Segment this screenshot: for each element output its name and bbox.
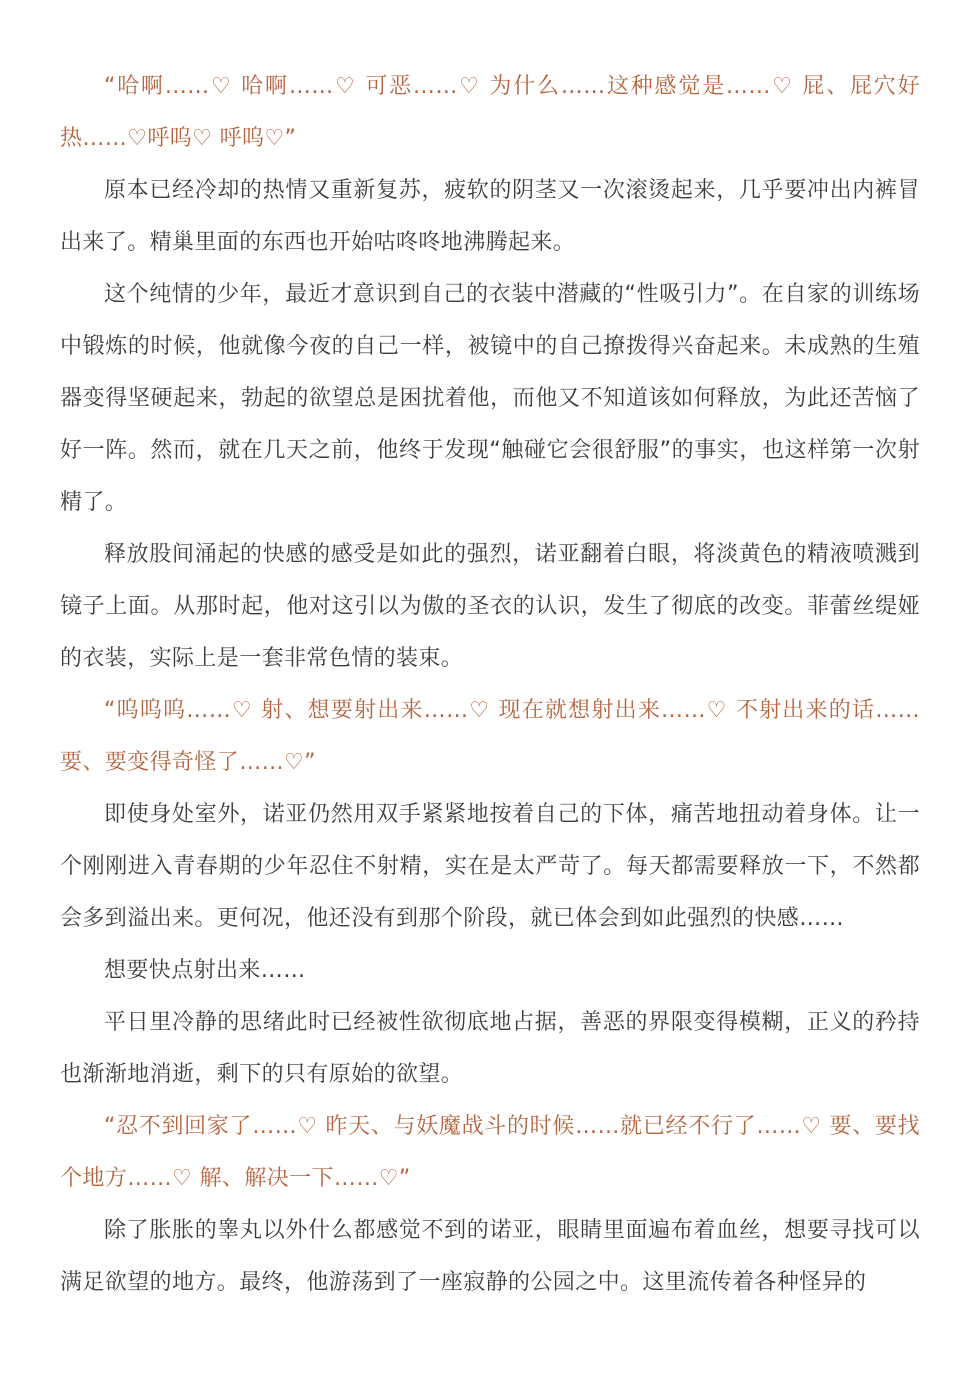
narration-paragraph: 即使身处室外，诺亚仍然用双手紧紧地按着自己的下体，痛苦地扭动着身体。让一个刚刚进…: [60, 789, 920, 945]
narration-paragraph: 想要快点射出来……: [60, 945, 920, 997]
dialogue-paragraph: “呜呜呜……♡ 射、想要射出来……♡ 现在就想射出来……♡ 不射出来的话……要、…: [60, 685, 920, 789]
narration-paragraph: 释放股间涌起的快感的感受是如此的强烈，诺亚翻着白眼，将淡黄色的精液喷溅到镜子上面…: [60, 529, 920, 685]
narration-paragraph: 原本已经冷却的热情又重新复苏，疲软的阴茎又一次滚烫起来，几乎要冲出内裤冒出来了。…: [60, 165, 920, 269]
narration-paragraph: 这个纯情的少年，最近才意识到自己的衣装中潜藏的“性吸引力”。在自家的训练场中锻炼…: [60, 269, 920, 529]
reader-page: “哈啊……♡ 哈啊……♡ 可恶……♡ 为什么……这种感觉是……♡ 屁、屁穴好热……: [0, 0, 980, 1385]
novel-text-body: “哈啊……♡ 哈啊……♡ 可恶……♡ 为什么……这种感觉是……♡ 屁、屁穴好热……: [60, 61, 920, 1309]
dialogue-paragraph: “哈啊……♡ 哈啊……♡ 可恶……♡ 为什么……这种感觉是……♡ 屁、屁穴好热……: [60, 61, 920, 165]
dialogue-paragraph: “忍不到回家了……♡ 昨天、与妖魔战斗的时候……就已经不行了……♡ 要、要找个地…: [60, 1101, 920, 1205]
narration-paragraph: 除了胀胀的睾丸以外什么都感觉不到的诺亚，眼睛里面遍布着血丝，想要寻找可以满足欲望…: [60, 1205, 920, 1309]
narration-paragraph: 平日里冷静的思绪此时已经被性欲彻底地占据，善恶的界限变得模糊，正义的矜持也渐渐地…: [60, 997, 920, 1101]
